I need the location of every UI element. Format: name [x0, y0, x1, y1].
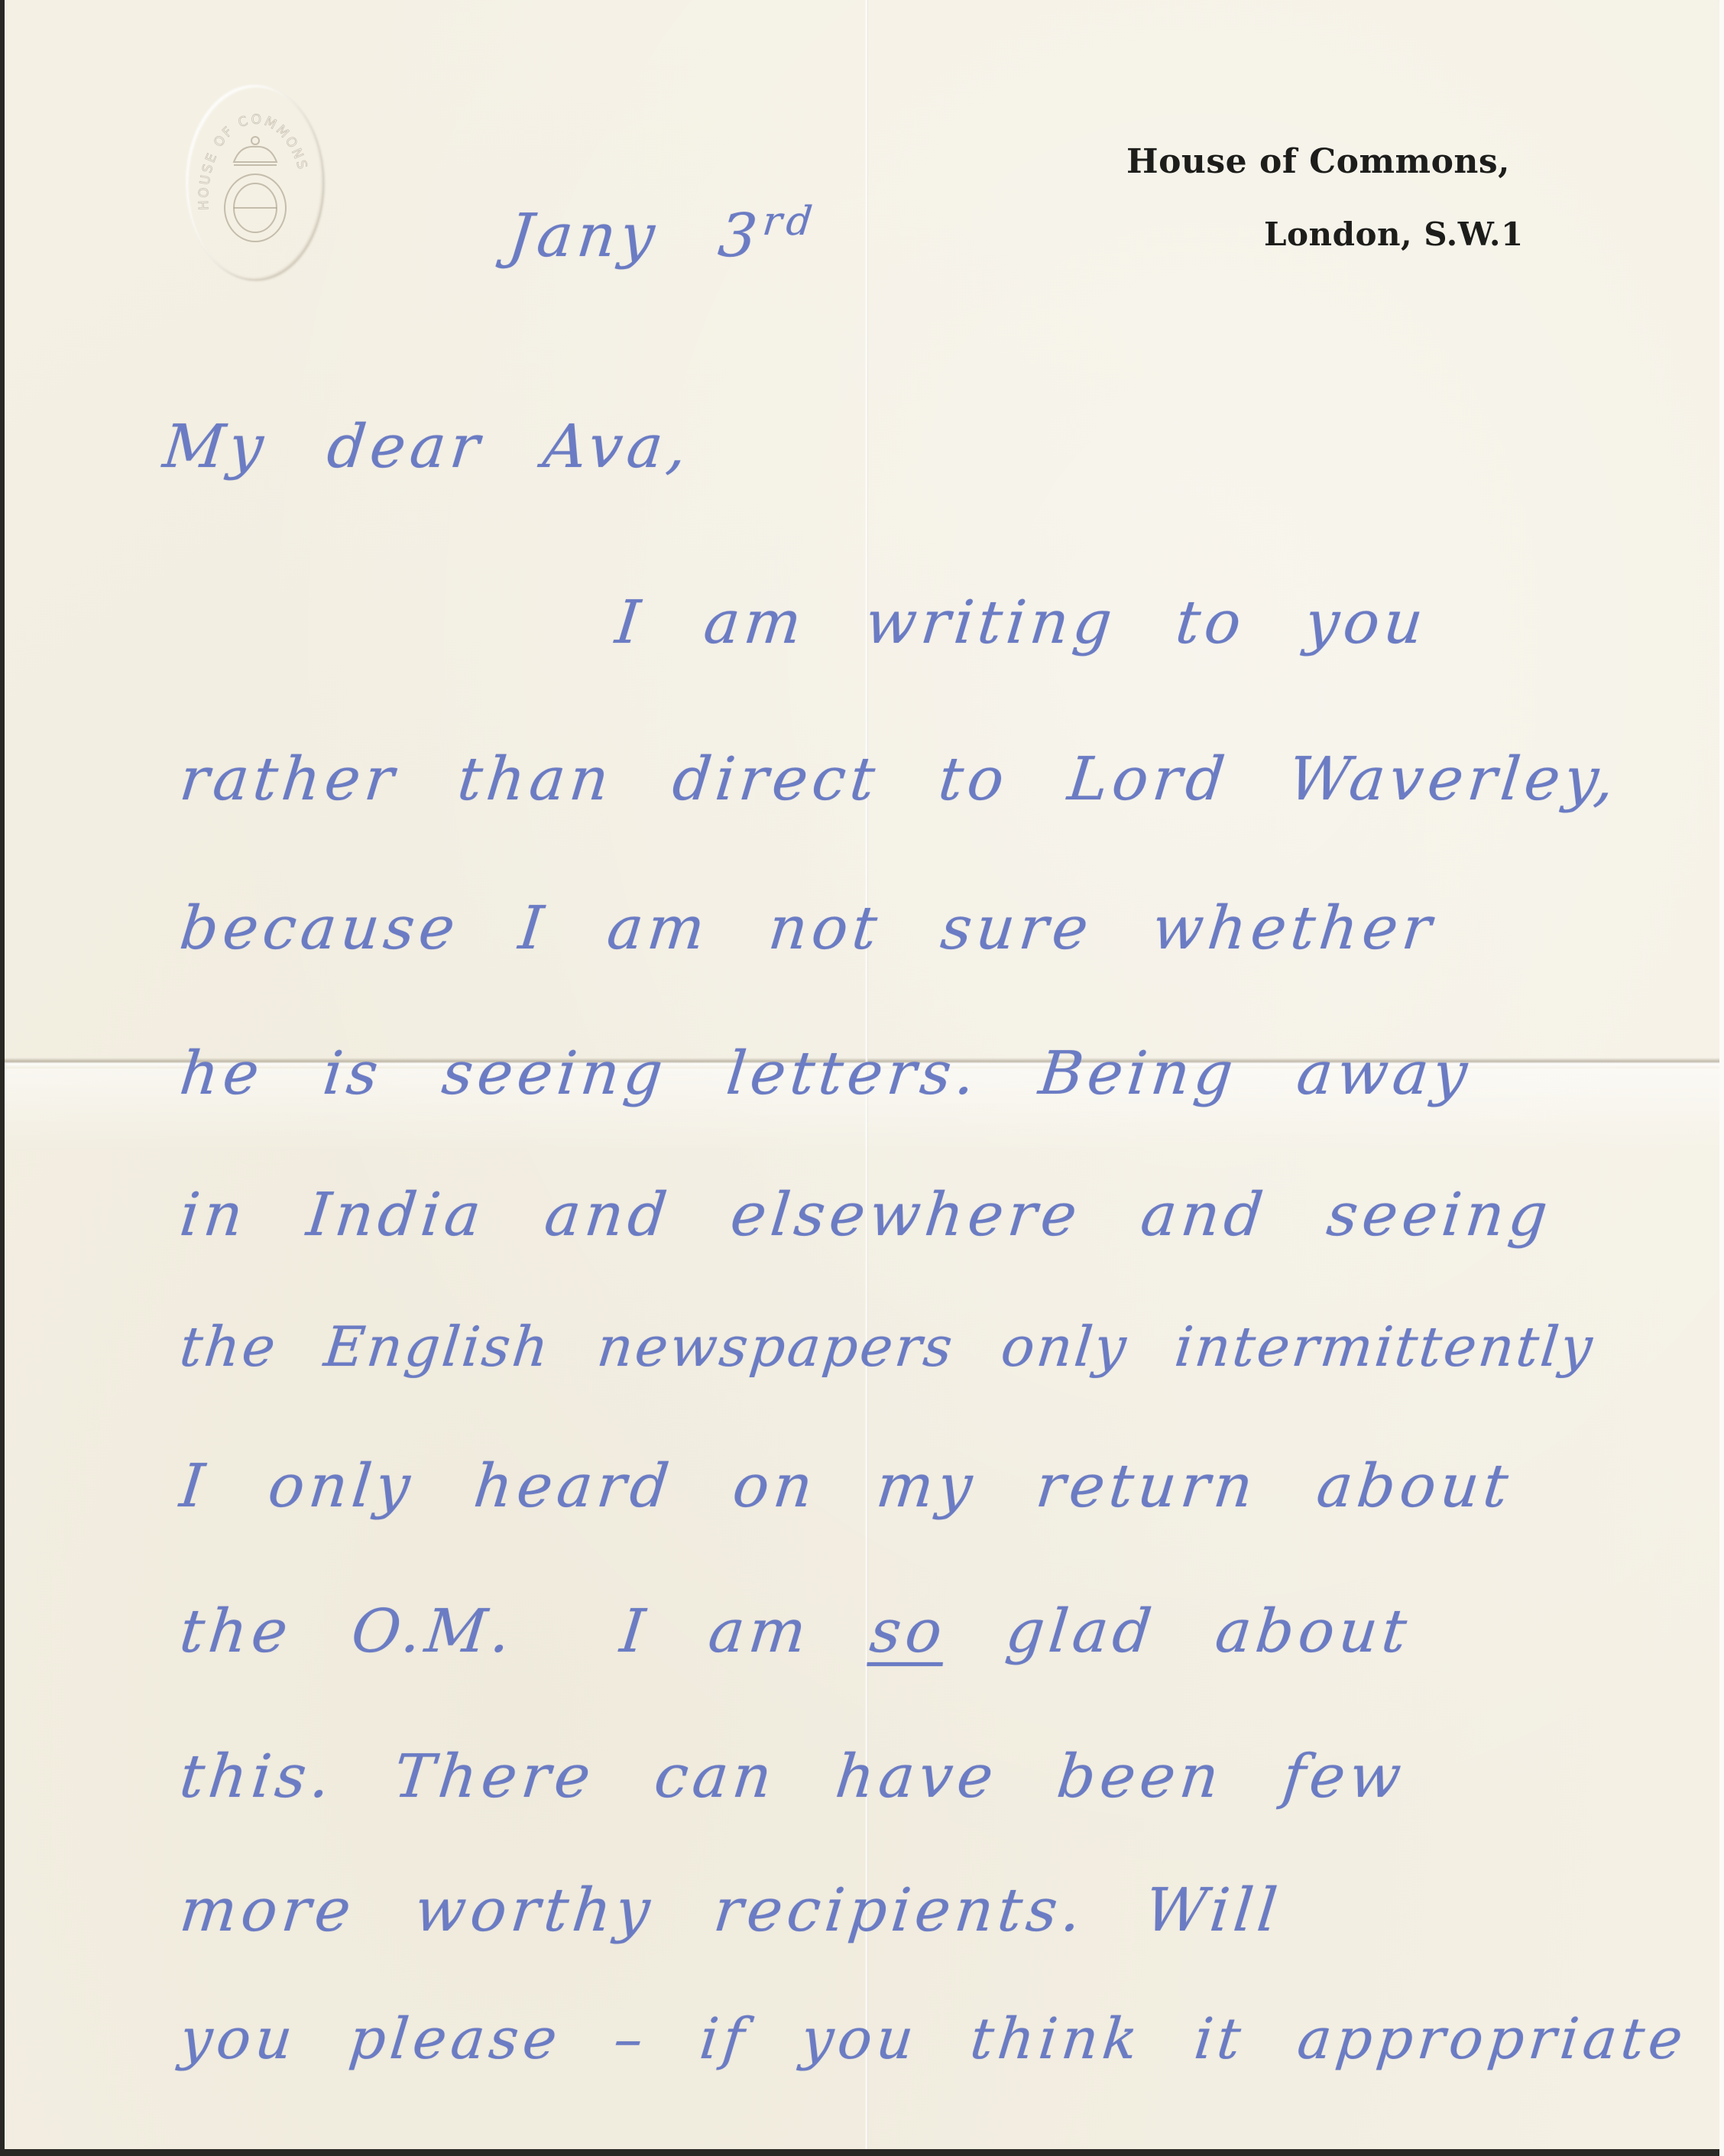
- body-line-7: I only heard on my return about: [177, 1452, 1515, 1521]
- letterhead-title: House of Commons,: [1126, 142, 1510, 181]
- emphasis-so: so: [867, 1597, 949, 1666]
- body-line-9: this. There can have been few: [177, 1743, 1408, 1811]
- body-line-3: because I am not sure whether: [177, 894, 1439, 963]
- date-day: 3: [715, 202, 765, 271]
- om-reference: the O.M.: [177, 1597, 518, 1666]
- body-line-1: I am writing to you: [612, 588, 1431, 657]
- salutation: My dear Ava,: [160, 413, 694, 481]
- svg-text:HOUSE OF COMMONS: HOUSE OF COMMONS: [196, 112, 310, 210]
- date-month: Jany: [505, 202, 663, 271]
- body-line-4: he is seeing letters. Being away: [177, 1039, 1475, 1108]
- body-line-5: in India and elsewhere and seeing: [177, 1181, 1555, 1250]
- letter-date: Jany 3rd: [505, 199, 819, 271]
- date-suffix: rd: [760, 199, 818, 245]
- paper-edge: [1719, 0, 1724, 2156]
- body-line-10: more worthy recipients. Will: [177, 1876, 1285, 1945]
- house-of-commons-crest-icon: HOUSE OF COMMONS: [186, 86, 324, 280]
- body-line-6: the English newspapers only intermittent…: [177, 1315, 1598, 1379]
- letterhead-address: London, S.W.1: [1264, 216, 1524, 253]
- body-line-11: you please – if you think it appropriate: [177, 2006, 1690, 2072]
- body-line-2: rather than direct to Lord Waverley,: [177, 745, 1622, 814]
- letter-sheet: HOUSE OF COMMONS House of Commons, Londo…: [5, 0, 1719, 2149]
- crest-text: HOUSE OF COMMONS: [196, 112, 310, 210]
- body-line-8: the O.M. I am so glad about: [177, 1597, 1414, 1666]
